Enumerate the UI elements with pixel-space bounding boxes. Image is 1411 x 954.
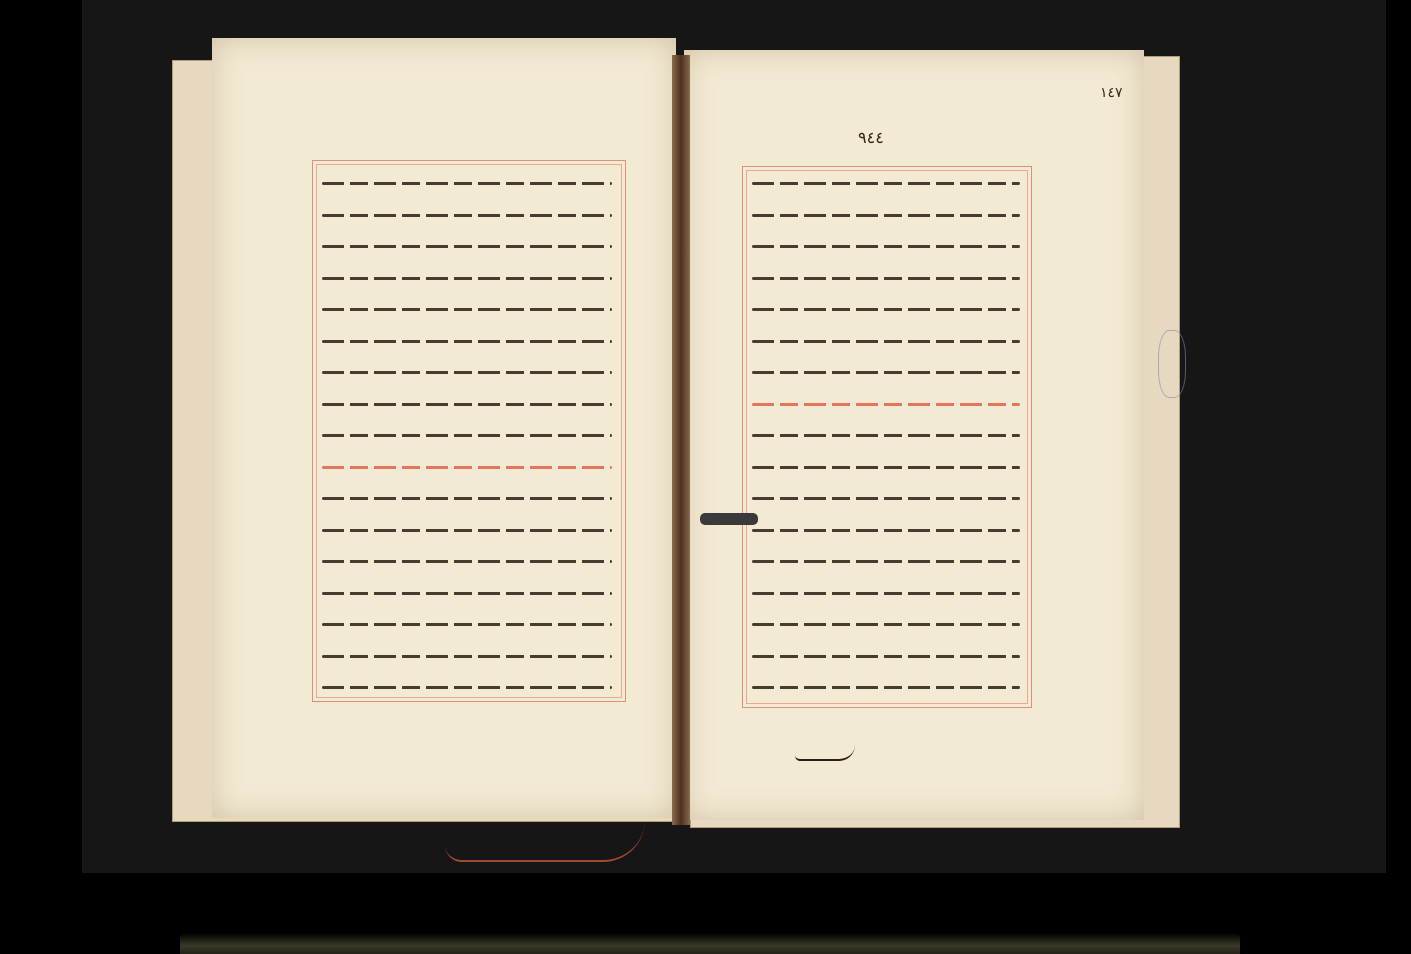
text-line — [322, 340, 612, 343]
library-stamp — [1158, 330, 1186, 398]
text-line — [752, 214, 1020, 217]
margin-folio-number: ١٤٧ — [1100, 85, 1123, 101]
text-line — [322, 529, 612, 532]
text-line — [322, 245, 612, 248]
binding-thread — [445, 820, 645, 862]
text-line — [322, 434, 612, 437]
text-line — [752, 497, 1020, 500]
text-line — [322, 403, 612, 406]
text-line — [752, 277, 1020, 280]
text-line — [752, 686, 1020, 689]
text-line — [322, 592, 612, 595]
page-number: ٩٤٤ — [858, 128, 884, 147]
text-line — [322, 466, 612, 469]
book-spine — [672, 55, 690, 825]
text-line — [752, 182, 1020, 185]
text-line — [752, 371, 1020, 374]
text-line — [752, 308, 1020, 311]
text-line — [322, 560, 612, 563]
text-line — [752, 529, 1020, 532]
text-line — [752, 340, 1020, 343]
text-line — [752, 655, 1020, 658]
text-line — [752, 623, 1020, 626]
text-line — [322, 497, 612, 500]
text-line — [322, 308, 612, 311]
text-line — [752, 403, 1020, 406]
text-line — [752, 466, 1020, 469]
text-line — [322, 623, 612, 626]
text-line — [322, 371, 612, 374]
bookmark-tab — [700, 513, 758, 525]
left-text-frame — [312, 160, 626, 702]
text-line — [322, 686, 612, 689]
catchword — [795, 745, 855, 761]
bottom-light-strip — [180, 933, 1240, 954]
text-line — [752, 434, 1020, 437]
text-line — [752, 245, 1020, 248]
text-line — [322, 655, 612, 658]
text-line — [322, 277, 612, 280]
text-line — [752, 592, 1020, 595]
text-line — [752, 560, 1020, 563]
text-line — [322, 182, 612, 185]
text-line — [322, 214, 612, 217]
